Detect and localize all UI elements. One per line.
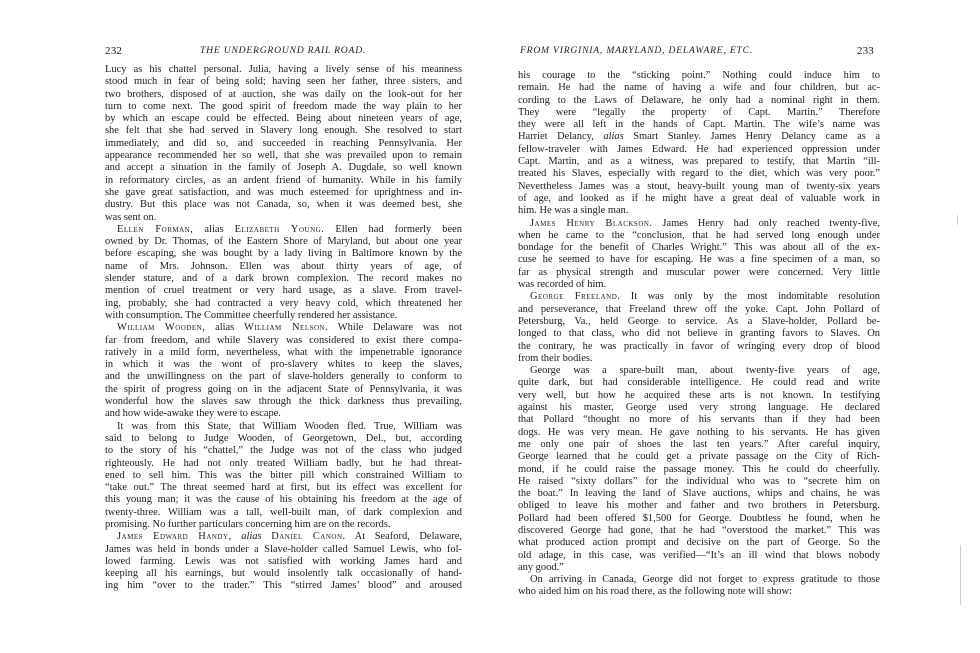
text-line: George learned that he could get a priva… xyxy=(518,451,880,463)
text-line: ened to sell him. This was the bitter pi… xyxy=(105,470,462,482)
text-line: turn to come next. The good spirit of fr… xyxy=(105,101,462,113)
text-line: twenty-three. William was a tall, well-b… xyxy=(105,507,462,519)
text-line: ing, probably, she had contracted a very… xyxy=(105,298,462,310)
text-line: old adage, in this case, was verified—“I… xyxy=(518,550,880,562)
scan-margin-mark xyxy=(957,215,958,225)
text-line: any good.” xyxy=(518,562,880,574)
text-line: very well, but how he acquired these art… xyxy=(518,390,880,402)
text-line: bondage for the benefit of Charles Wrigh… xyxy=(518,242,880,254)
text-line: the spirit of progress going on in the a… xyxy=(105,384,462,396)
text-line: in reformatory circles, as an ardent fri… xyxy=(105,175,462,187)
text-line: by which an escape could be effected. Be… xyxy=(105,113,462,125)
text-line: remain. He had the name of having a wife… xyxy=(518,82,880,94)
text-line: was recorded of him. xyxy=(518,279,880,291)
text-line: said to belong to Judge Wooden, of Georg… xyxy=(105,433,462,445)
left-page-body: Lucy as his chattel personal. Julia, hav… xyxy=(105,64,462,593)
text-line: and how wide-awake they were to escape. xyxy=(105,408,462,420)
text-line: Petersburg, Va., held George to service.… xyxy=(518,316,880,328)
text-line: Lucy as his chattel personal. Julia, hav… xyxy=(105,64,462,76)
text-line: when he came to the “conclusion, that he… xyxy=(518,230,880,242)
text-line: against his master, George used very str… xyxy=(518,402,880,414)
text-line: promising. No further particulars concer… xyxy=(105,519,462,531)
text-line: slender stature, and of a dark brown com… xyxy=(105,273,462,285)
text-line: and accept a situation in the family of … xyxy=(105,162,462,174)
text-line: Capt. Martin, and as a witness, was prep… xyxy=(518,156,880,168)
text-line: keeping all his earnings, but would inso… xyxy=(105,568,462,580)
text-line: Pollard had been offered $1,500 for Geor… xyxy=(518,513,880,525)
text-line: James Henry Blackson. James Henry had on… xyxy=(518,218,880,230)
running-head: The Underground Rail Road. xyxy=(200,45,366,56)
text-line: treated his Slaves, especially with rega… xyxy=(518,168,880,180)
text-line: before escaping, she was bought by a lad… xyxy=(105,248,462,260)
text-line: They were “legally the property of Capt.… xyxy=(518,107,880,119)
text-line: lowed farming. Lewis was not satisfied w… xyxy=(105,556,462,568)
text-line: owned by Dr. Thomas, of the Eastern Shor… xyxy=(105,236,462,248)
text-line: to the story of his “chattel,” the Judge… xyxy=(105,445,462,457)
text-line: It was from this State, that William Woo… xyxy=(105,421,462,433)
text-line: immediately, and did so, and succeeded i… xyxy=(105,138,462,150)
text-line: wonderful how the slaves saw through the… xyxy=(105,396,462,408)
text-line: He raised “sixty dollars” for the indivi… xyxy=(518,476,880,488)
text-line: George was a spare-built man, about twen… xyxy=(518,365,880,377)
text-line: On arriving in Canada, George did not fo… xyxy=(518,574,880,586)
text-line: dustry. But this place was not Canada, s… xyxy=(105,199,462,211)
text-line: cording to the Laws of Delaware, he only… xyxy=(518,95,880,107)
text-line: cuse he seemed to have for escaping. He … xyxy=(518,254,880,266)
text-line: she gave great satisfaction, and was muc… xyxy=(105,187,462,199)
text-line: the boat.” In leaving the land of Slave … xyxy=(518,488,880,500)
text-line: ing him “over to the trader.” This “stir… xyxy=(105,580,462,592)
text-line: fellow-traveler with James Edward. He ha… xyxy=(518,144,880,156)
page-number: 232 xyxy=(105,45,122,57)
text-line: who aided him on his road there, as the … xyxy=(518,586,880,598)
text-line: James Edward Handy, alias Daniel Canon. … xyxy=(105,531,462,543)
text-line: stood much in fear of being sold; having… xyxy=(105,76,462,88)
right-page-body: his courage to the “sticking point.” Not… xyxy=(518,70,880,599)
text-line: far from freedom, and while Slavery was … xyxy=(105,335,462,347)
text-line: quite dark, but had considerable intelli… xyxy=(518,377,880,389)
running-head: From Virginia, Maryland, Delaware, Etc. xyxy=(520,45,753,56)
text-line: Harriet Delancy, alias Smart Stanley. Ja… xyxy=(518,131,880,143)
text-line: mond, if he could raise the passage mone… xyxy=(518,464,880,476)
text-line: Nevertheless James was a stout, heavy-bu… xyxy=(518,181,880,193)
text-line: William Wooden, alias William Nelson. Wh… xyxy=(105,322,462,334)
text-line: from their bodies. xyxy=(518,353,880,365)
text-line: mention of cruel treatment or very hard … xyxy=(105,285,462,297)
scan-margin-mark xyxy=(960,545,961,605)
text-line: discovered George had gone, that he had … xyxy=(518,525,880,537)
text-line: name of Mrs. Johnson. Ellen was about th… xyxy=(105,261,462,273)
text-line: was sent on. xyxy=(105,212,462,224)
text-line: far as physical strength and muscular po… xyxy=(518,267,880,279)
text-line: that Pollard “thought no more of his ser… xyxy=(518,414,880,426)
text-line: in which it was the wont of pro-slavery … xyxy=(105,359,462,371)
text-line: two brothers, disposed of at auction, sh… xyxy=(105,89,462,101)
text-line: obliged to leave his mother and father a… xyxy=(518,500,880,512)
text-line: what produced action prompt and decisive… xyxy=(518,537,880,549)
text-line: me only one pair of shoes the last ten y… xyxy=(518,439,880,451)
text-line: and perseverance, that Freeland threw of… xyxy=(518,304,880,316)
right-page-header: From Virginia, Maryland, Delaware, Etc. … xyxy=(518,45,880,59)
left-page-header: 232 The Underground Rail Road. xyxy=(105,45,462,59)
text-line: appearance recommended her so well, that… xyxy=(105,150,462,162)
text-line: James was held in bonds under a Slave-ho… xyxy=(105,544,462,556)
text-line: dogs. He was very mean. He gave nothing … xyxy=(518,427,880,439)
text-line: she felt that she had served in Slavery … xyxy=(105,125,462,137)
text-line: with consumption. The Committee cheerful… xyxy=(105,310,462,322)
text-line: “take out.” The threat seemed hard at fi… xyxy=(105,482,462,494)
text-line: his courage to the “sticking point.” Not… xyxy=(518,70,880,82)
text-line: ratively in a mild form, nevertheless, w… xyxy=(105,347,462,359)
text-line: him. He was a single man. xyxy=(518,205,880,217)
text-line: they were all left in the hands of Capt.… xyxy=(518,119,880,131)
text-line: longed to that class, who did not believ… xyxy=(518,328,880,340)
text-line: righteously. He had not only treated Wil… xyxy=(105,458,462,470)
text-line: Ellen Forman, alias Elizabeth Young. Ell… xyxy=(105,224,462,236)
page-number: 233 xyxy=(857,45,874,57)
text-line: of age, and looked as if he might have a… xyxy=(518,193,880,205)
text-line: and the unwillingness on the part of sla… xyxy=(105,371,462,383)
text-line: the contrary, he was practically in favo… xyxy=(518,341,880,353)
text-line: this young man; it was the cause of his … xyxy=(105,494,462,506)
text-line: George Freeland. It was only by the most… xyxy=(518,291,880,303)
